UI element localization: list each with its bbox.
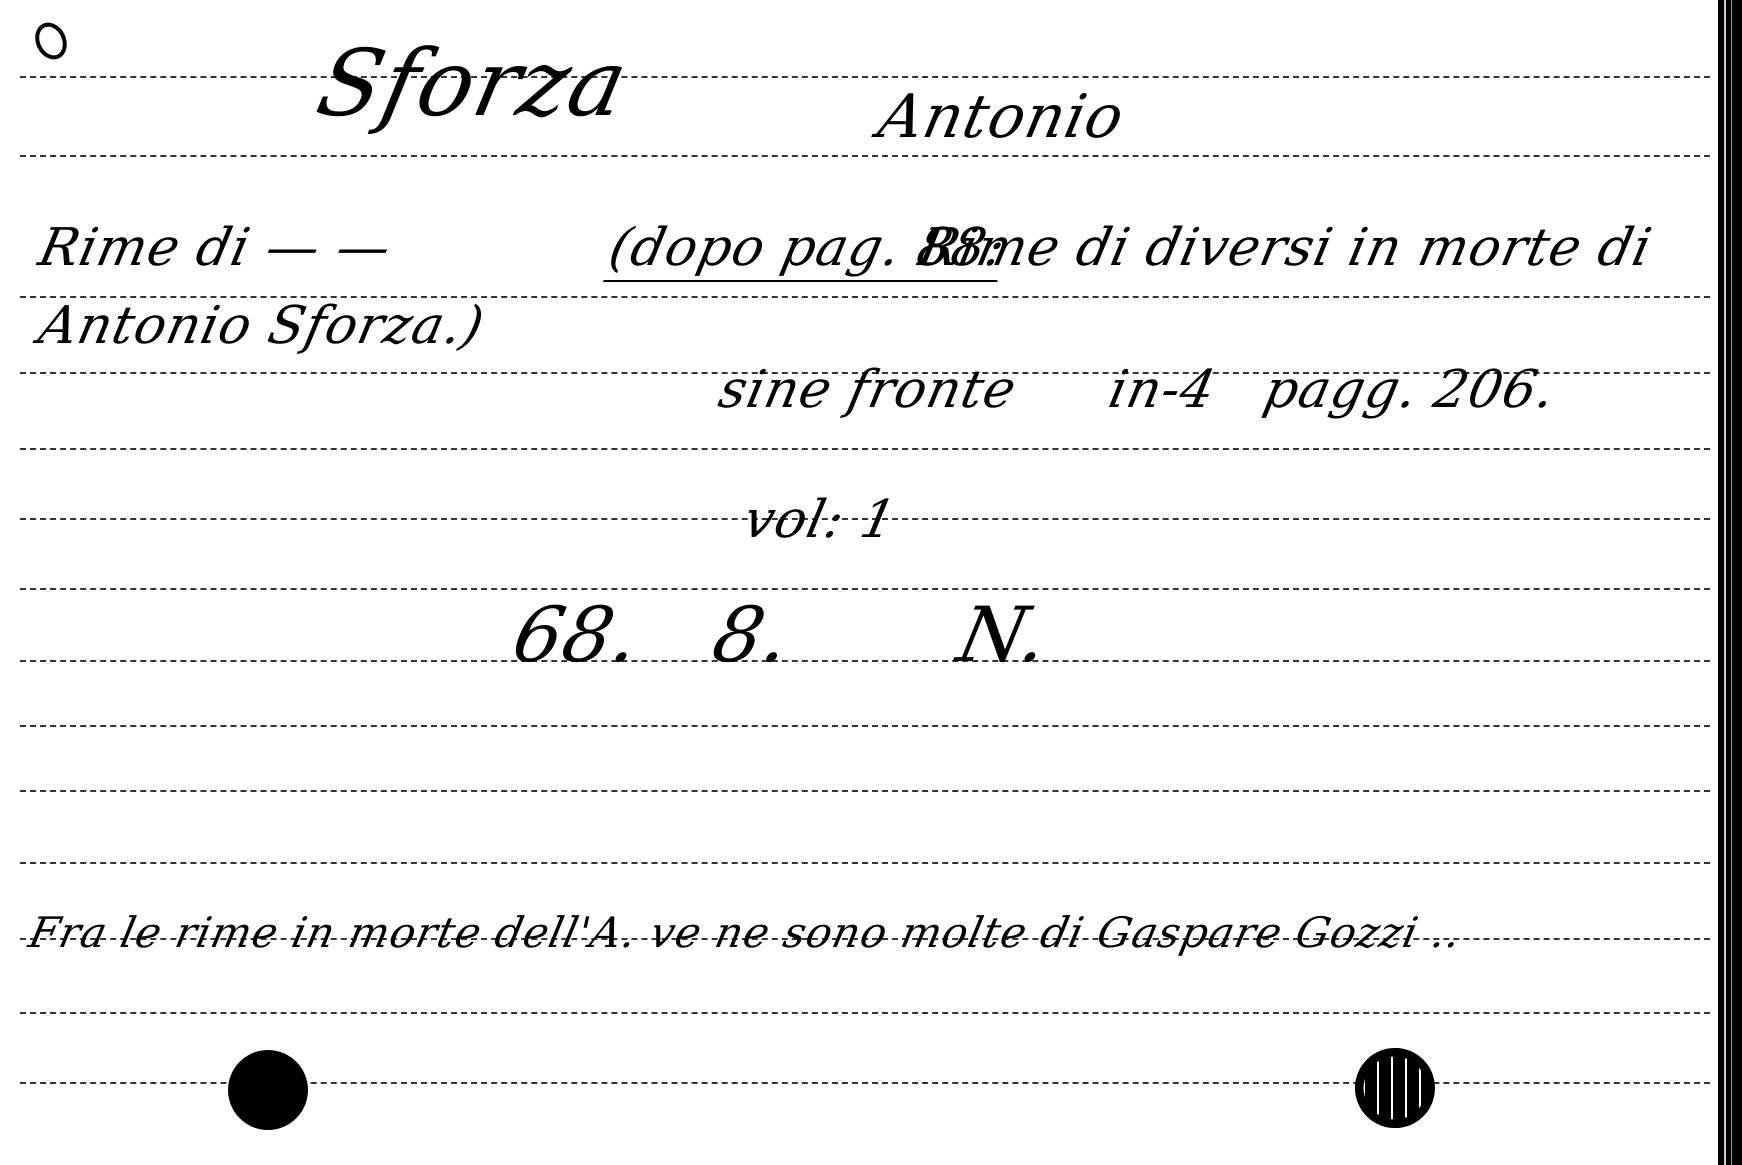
ruled-line xyxy=(20,588,1710,590)
ruled-line xyxy=(20,790,1710,792)
heading-given-name: Antonio xyxy=(873,82,1131,152)
entry-title-line2: Antonio Sforza.) xyxy=(34,296,490,356)
ruled-line xyxy=(20,448,1710,450)
ruled-line xyxy=(20,155,1710,157)
shelfmark-part2: 8. xyxy=(706,590,799,679)
entry-title-part1: Rime di — — xyxy=(34,218,397,278)
scan-border-right xyxy=(1718,0,1742,1165)
corner-mark-zero xyxy=(29,17,72,64)
catalog-card: Sforza Antonio Rime di — — (dopo pag. 88… xyxy=(0,0,1742,1165)
shelfmark-part1: 68. xyxy=(506,590,649,679)
punch-hole-right xyxy=(1355,1048,1435,1128)
entry-title-part3: Rime di diversi in morte di xyxy=(914,218,1658,278)
volume-label: vol: 1 xyxy=(739,490,902,550)
punch-hole-left xyxy=(228,1050,308,1130)
ruled-line xyxy=(20,862,1710,864)
entry-pages: pagg. 206. xyxy=(1259,360,1561,420)
shelfmark-part3: N. xyxy=(951,590,1058,679)
heading-surname: Sforza xyxy=(309,30,638,137)
entry-format: in-4 xyxy=(1104,360,1222,420)
ruled-line xyxy=(20,725,1710,727)
ruled-line xyxy=(20,1012,1710,1014)
ruled-line xyxy=(20,660,1710,662)
card-note: Fra le rime in morte dell'A. ve ne sono … xyxy=(25,908,1466,957)
entry-imprint: sine fronte xyxy=(714,360,1022,420)
ruled-line xyxy=(20,76,1710,78)
